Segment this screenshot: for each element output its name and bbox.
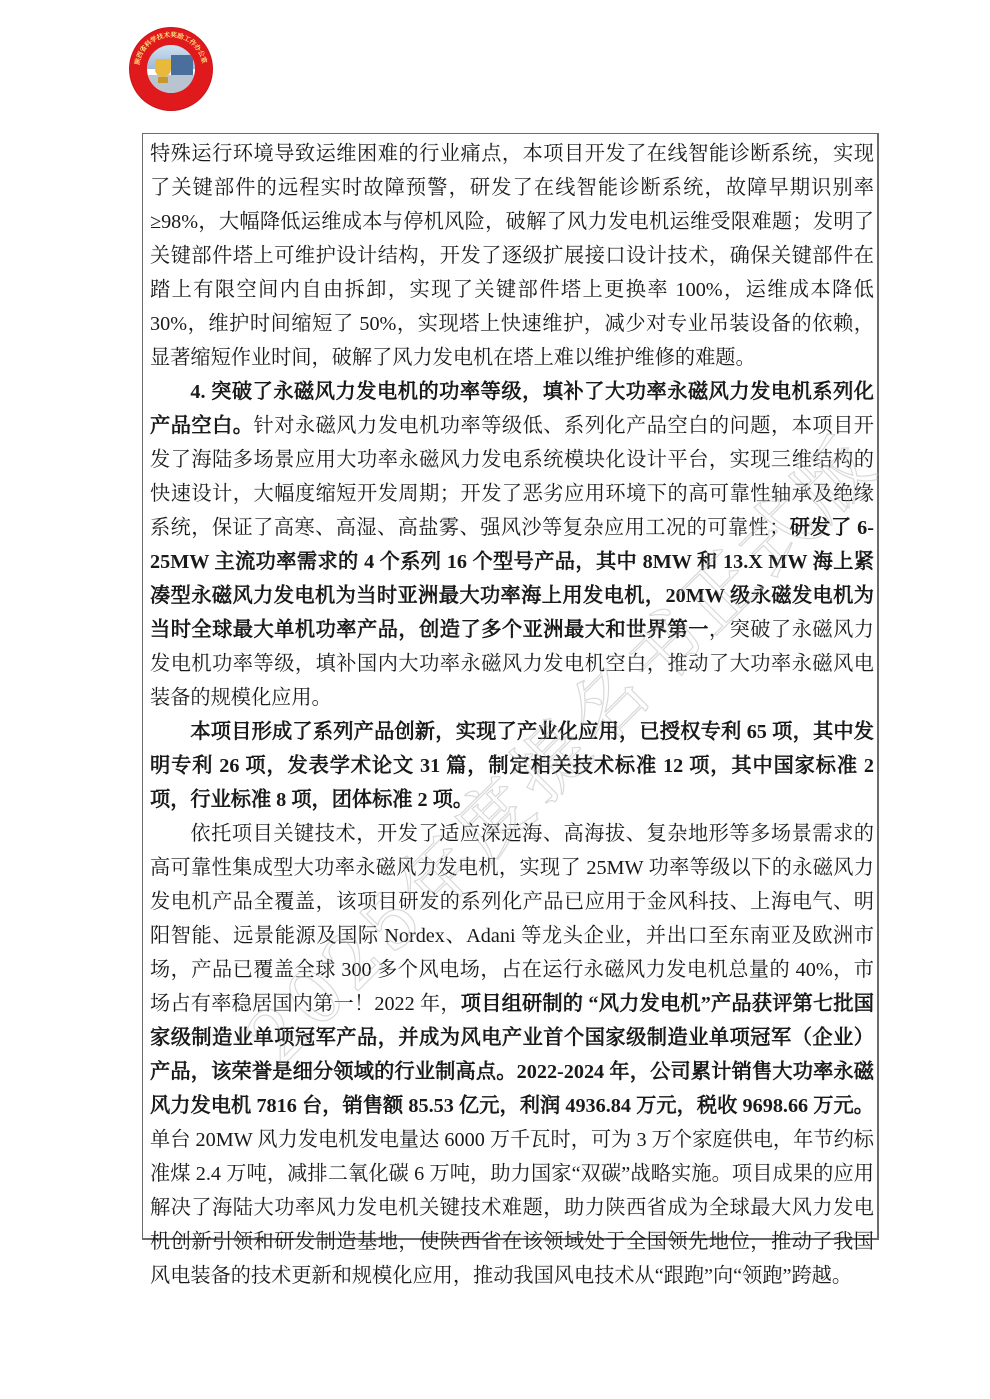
text-segment: 单台 20MW 风力发电机发电量达 6000 万千瓦时，可为 3 万个家庭供电，… xyxy=(150,1129,874,1287)
paragraph-application: 依托项目关键技术，开发了适应深远海、高海拔、复杂地形等多场景需求的高可靠性集成型… xyxy=(150,817,874,1293)
seal-emblem-icon: 陕西省科学技术奖励工作办公室 xyxy=(130,28,212,110)
paragraph-ip-summary: 本项目形成了系列产品创新，实现了产业化应用，已授权专利 65 项，其中发明专利 … xyxy=(150,715,874,817)
document-body: 特殊运行环境导致运维困难的行业痛点，本项目开发了在线智能诊断系统，实现了关键部件… xyxy=(150,137,874,1293)
paragraph-maintenance: 特殊运行环境导致运维困难的行业痛点，本项目开发了在线智能诊断系统，实现了关键部件… xyxy=(150,137,874,375)
paragraph-item4: 4. 突破了永磁风力发电机的功率等级，填补了大功率永磁风力发电机系列化产品空白。… xyxy=(150,375,874,715)
text-segment: 依托项目关键技术，开发了适应深远海、高海拔、复杂地形等多场景需求的高可靠性集成型… xyxy=(150,823,874,1015)
text-segment-bold: 本项目形成了系列产品创新，实现了产业化应用，已授权专利 65 项，其中发明专利 … xyxy=(150,721,874,811)
seal-emblem-picture xyxy=(147,45,195,93)
trophy-icon xyxy=(155,59,171,77)
text-segment: 针对永磁风力发电机功率等级低、系列化产品空白的问题，本项目开发了海陆多场景应用大… xyxy=(150,415,874,539)
text-segment: 特殊运行环境导致运维困难的行业痛点，本项目开发了在线智能诊断系统，实现了关键部件… xyxy=(150,143,874,369)
